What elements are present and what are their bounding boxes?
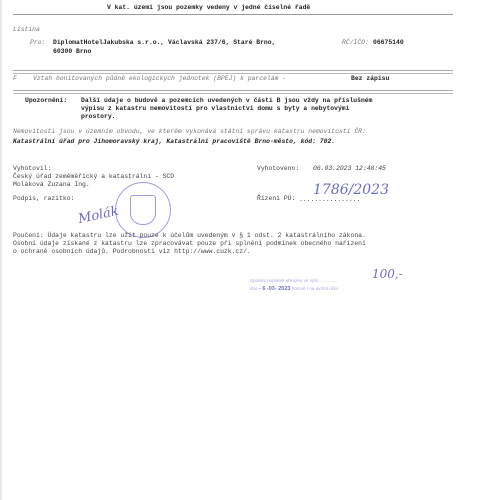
issued-label: Vyhotoveno: [257, 165, 299, 173]
section-f-text: Vztah bonitovaných půdně ekologických je… [33, 75, 286, 83]
header-note: V kat. území jsou pozemky vedeny v jedné… [107, 4, 310, 12]
fee-paid-stamp: Správní poplatek uhrazen ve výši .......… [250, 277, 338, 293]
fee-stamp-line2-suffix: hotově / na avízní účet [292, 286, 338, 291]
pro-value-line1: DiplomatHotelJakubska s.r.o., Václavská … [53, 39, 275, 47]
section-f-letter: F [13, 75, 17, 83]
pro-label: Pro: [30, 39, 45, 47]
pro-value-line2: 60300 Brno [53, 48, 91, 56]
fee-stamp-date-prefix: dne [250, 286, 258, 291]
notice-line3: o ochraně osobních údajů. Podrobnosti vi… [13, 248, 251, 256]
issuer-line1: Český úřad zeměměřický a katastrální - S… [13, 173, 174, 181]
warning-line1: Další údaje o budově a pozemcích uvedený… [81, 97, 372, 105]
signature-label: Podpis, razítko: [13, 195, 74, 203]
fee-amount-handwritten: 100,- [372, 267, 403, 281]
divider [13, 14, 453, 15]
warning-label: Upozornění: [25, 97, 67, 105]
warning-line3: prostory. [81, 113, 116, 121]
section-divider [13, 90, 453, 94]
issuer-label: Vyhotovil: [13, 165, 51, 173]
coat-of-arms-icon [130, 195, 156, 225]
office-name: Katastrální úřad pro Jihomoravský kraj, … [13, 138, 335, 146]
listina-label: Listina [13, 26, 40, 34]
issued-value: 06.03.2023 12:48:45 [313, 165, 386, 173]
proceeding-handwritten-number: 1786/2023 [313, 182, 389, 198]
rc-ico-label: RČ/IČO: [342, 39, 369, 47]
issuer-line2: Moláková Zuzana Ing. [13, 181, 90, 189]
section-divider [13, 70, 453, 74]
official-round-stamp [115, 182, 171, 238]
fee-stamp-date: - 6 -03- 2023 [259, 286, 291, 292]
notice-line2: Osobní údaje získané z katastru lze zpra… [13, 240, 366, 248]
fee-stamp-line1: Správní poplatek uhrazen ve výši [250, 278, 318, 283]
warning-line2: výpisu z katastru nemovitostí pro vlastn… [81, 105, 349, 113]
notice-line1: Poučení: Údaje katastru lze užít pouze k… [13, 232, 366, 240]
proceeding-label: Řízení PÚ: [257, 195, 295, 203]
page-left-edge [0, 0, 2, 500]
signature: Molák [77, 204, 120, 227]
office-intro: Nemovitosti jsou v územním obvodu, ve kt… [13, 128, 366, 136]
rc-ico-value: 06675140 [373, 39, 404, 47]
section-f-value: Bez zápisu [351, 75, 389, 83]
